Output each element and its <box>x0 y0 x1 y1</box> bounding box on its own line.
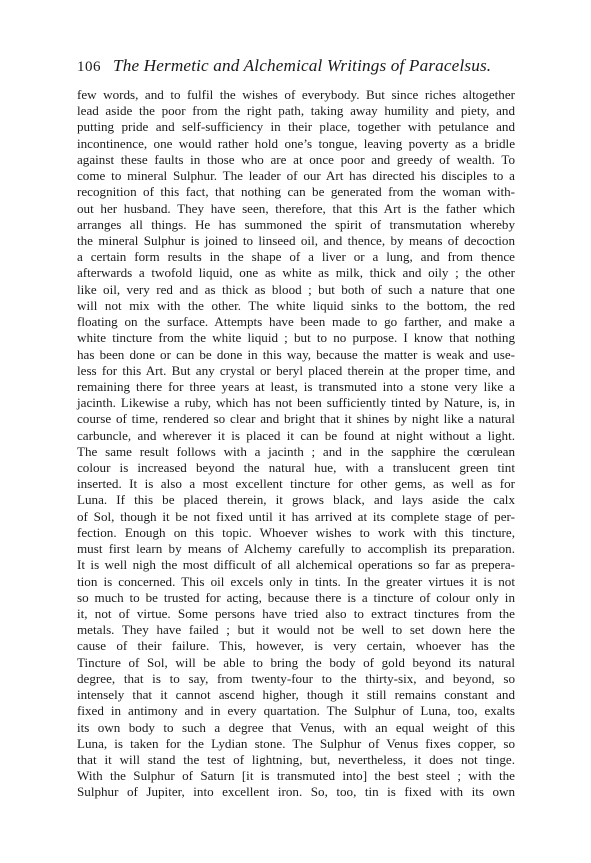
text-line: fection. Enough on this topic. Whoever w… <box>77 525 515 541</box>
text-line: like oil, very red and as thick as blood… <box>77 282 515 298</box>
book-page: 106 The Hermetic and Alchemical Writings… <box>77 56 515 801</box>
text-line: few words, and to fulfil the wishes of e… <box>77 87 515 103</box>
text-line: With the Sulphur of Saturn [it is transm… <box>77 768 515 784</box>
text-line: will not mix with the other. The white l… <box>77 298 515 314</box>
text-line: afterwards a twofold liquid, one as whit… <box>77 265 515 281</box>
text-line: Luna. If this be placed therein, it grow… <box>77 492 515 508</box>
text-line: that it will stand the test of lightning… <box>77 752 515 768</box>
page-number: 106 <box>77 59 101 76</box>
text-line: carbuncle, and wherever it is placed it … <box>77 428 515 444</box>
text-line: out her husband. They have seen, therefo… <box>77 201 515 217</box>
text-line: incontinence, one would rather hold one’… <box>77 136 515 152</box>
text-line: against these faults in those who are at… <box>77 152 515 168</box>
text-line: so much to be trusted for acting, becaus… <box>77 590 515 606</box>
running-title: The Hermetic and Alchemical Writings of … <box>113 56 491 76</box>
text-line: it, not of virtue. Some persons have tri… <box>77 606 515 622</box>
text-line: cause of their failure. This, however, i… <box>77 638 515 654</box>
body-text: few words, and to fulfil the wishes of e… <box>77 87 515 801</box>
text-line: remaining there for three years at least… <box>77 379 515 395</box>
text-line: lead aside the poor from the right path,… <box>77 103 515 119</box>
text-line: degree, that is to say, from twenty-four… <box>77 671 515 687</box>
text-line: less for this Art. But any crystal or be… <box>77 363 515 379</box>
text-line: course of time, rendered so clear and br… <box>77 411 515 427</box>
text-line: its own body to such a degree that Venus… <box>77 720 515 736</box>
text-line: Tincture of Sol, will be able to bring t… <box>77 655 515 671</box>
text-line: The same result follows with a jacinth ;… <box>77 444 515 460</box>
text-line: Sulphur of Jupiter, into excellent iron.… <box>77 784 515 800</box>
text-line: has been done or can be done in this way… <box>77 347 515 363</box>
text-line: must first learn by means of Alchemy car… <box>77 541 515 557</box>
text-line: tion is concerned. This oil excels only … <box>77 574 515 590</box>
text-line: metals. They have failed ; but it would … <box>77 622 515 638</box>
text-line: colour is increased beyond the natural h… <box>77 460 515 476</box>
running-head: 106 The Hermetic and Alchemical Writings… <box>77 56 515 78</box>
text-line: arranges all things. He has summoned the… <box>77 217 515 233</box>
text-line: fixed in antimony and in every quartatio… <box>77 703 515 719</box>
text-line: the mineral Sulphur is joined to linseed… <box>77 233 515 249</box>
text-line: floating on the surface. Attempts have b… <box>77 314 515 330</box>
text-line: recognition of this fact, that nothing c… <box>77 184 515 200</box>
text-line: It is well nigh the most difficult of al… <box>77 557 515 573</box>
text-line: a certain form results in the shape of a… <box>77 249 515 265</box>
text-line: Luna, is taken for the Lydian stone. The… <box>77 736 515 752</box>
text-line: jacinth. Likewise a ruby, which has not … <box>77 395 515 411</box>
text-line: of Sol, though it be not fixed until it … <box>77 509 515 525</box>
text-line: come to mineral Sulphur. The leader of o… <box>77 168 515 184</box>
text-line: white tincture from the white liquid ; b… <box>77 330 515 346</box>
text-line: inserted. It is also a most excellent ti… <box>77 476 515 492</box>
text-line: intensely that it cannot ascend higher, … <box>77 687 515 703</box>
text-line: putting pride and self-sufficiency in th… <box>77 119 515 135</box>
